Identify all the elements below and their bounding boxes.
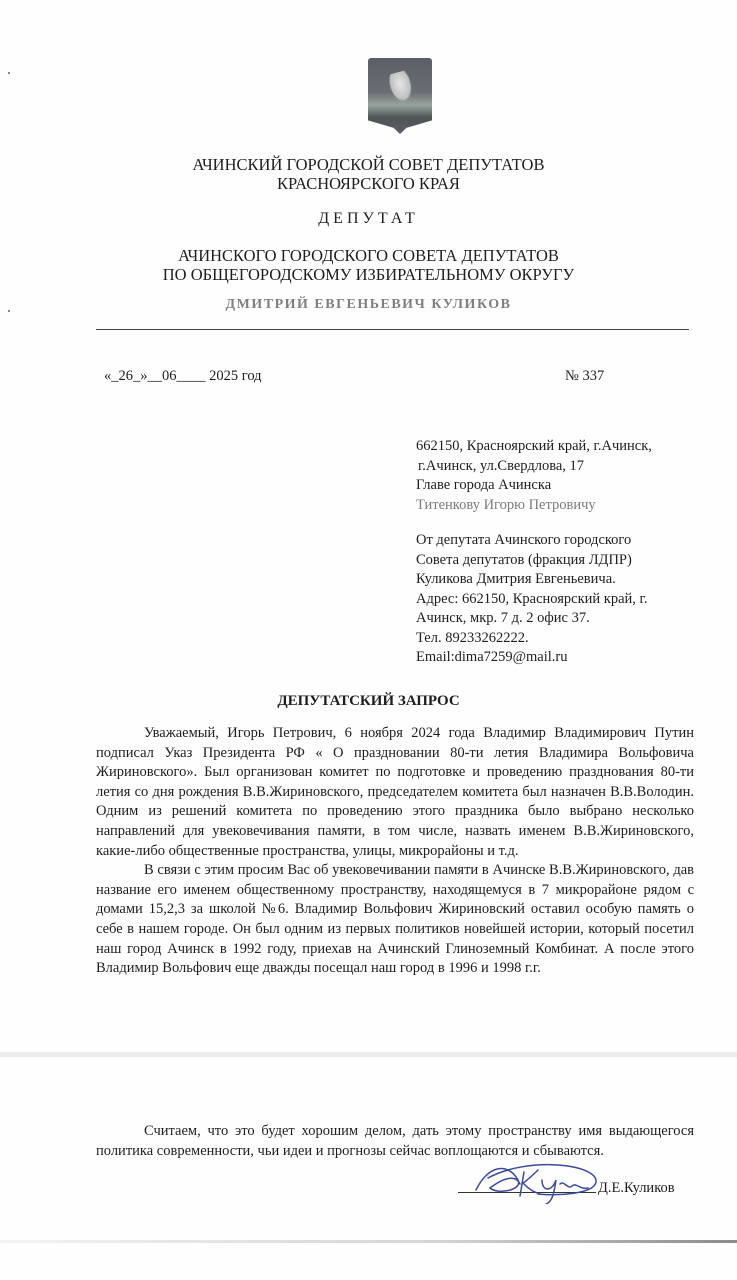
closing-paragraph: Считаем, что это будет хорошим делом, да…	[96, 1121, 694, 1161]
recipient-line: 662150, Красноярский край, г.Ачинск,	[416, 437, 652, 457]
request-body: Уважаемый, Игорь Петрович, 6 ноября 2024…	[96, 724, 694, 979]
sender-line: Тел. 89233262222.	[416, 629, 647, 649]
council-name-line2: КРАСНОЯРСКОГО КРАЯ	[0, 174, 737, 193]
document-date: «_26_»__06____ 2025 год	[104, 368, 262, 385]
sender-line: Куликова Дмитрия Евгеньевича.	[416, 570, 647, 590]
coat-of-arms-icon	[368, 58, 432, 134]
scan-artifact-line	[0, 1240, 737, 1243]
body-paragraph: В связи с этим просим Вас об увековечива…	[96, 861, 694, 979]
recipient-line: Титенкову Игорю Петровичу	[416, 496, 652, 516]
council-name-line1: АЧИНСКИЙ ГОРОДСКОЙ СОВЕТ ДЕПУТАТОВ	[0, 155, 737, 174]
request-title: ДЕПУТАТСКИЙ ЗАПРОС	[0, 693, 737, 710]
recipient-line: Главе города Ачинска	[416, 476, 652, 496]
sender-email: Email:dima7259@mail.ru	[416, 648, 647, 668]
body-paragraph: Уважаемый, Игорь Петрович, 6 ноября 2024…	[96, 724, 694, 861]
deputy-name: ДМИТРИЙ ЕВГЕНЬЕВИЧ КУЛИКОВ	[0, 297, 737, 313]
role-heading: ДЕПУТАТ	[0, 210, 737, 228]
letterhead-divider	[96, 329, 689, 330]
closing-block: Считаем, что это будет хорошим делом, да…	[96, 1121, 694, 1161]
sender-block: От депутата Ачинского городского Совета …	[416, 531, 647, 668]
sender-line: Совета депутатов (фракция ЛДПР)	[416, 551, 647, 571]
sender-line: Ачинск, мкр. 7 д. 2 офис 37.	[416, 609, 647, 629]
document-number: № 337	[565, 368, 604, 385]
role-line1: АЧИНСКОГО ГОРОДСКОГО СОВЕТА ДЕПУТАТОВ	[0, 246, 737, 265]
role-line2: ПО ОБЩЕГОРОДСКОМУ ИЗБИРАТЕЛЬНОМУ ОКРУГУ	[0, 265, 737, 284]
scan-speck	[8, 72, 10, 74]
recipient-line: г.Ачинск, ул.Свердлова, 17	[416, 457, 652, 477]
sender-line: От депутата Ачинского городского	[416, 531, 647, 551]
scan-speck	[8, 310, 10, 312]
signer-name: Д.Е.Куликов	[598, 1180, 675, 1197]
recipient-block: 662150, Красноярский край, г.Ачинск, г.А…	[416, 437, 652, 515]
sender-line: Адрес: 662150, Красноярский край, г.	[416, 590, 647, 610]
handwritten-signature-icon	[468, 1160, 608, 1204]
scan-page-divider	[0, 1052, 737, 1057]
